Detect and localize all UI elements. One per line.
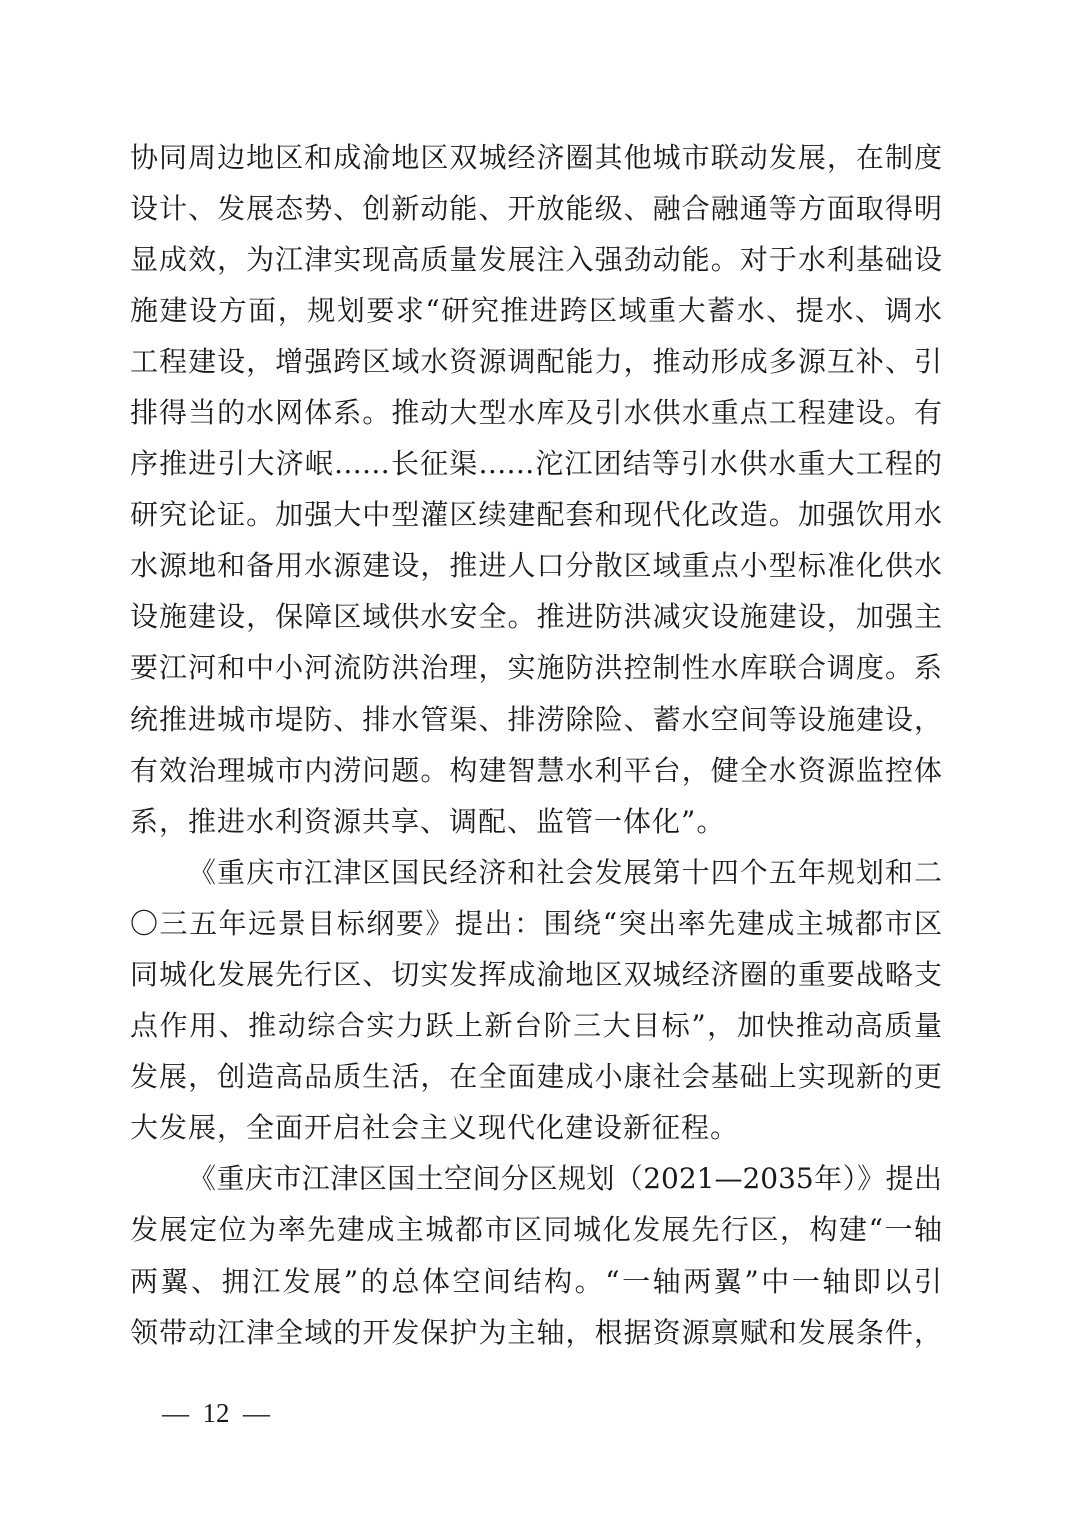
text-line: 设施建设，保障区域供水安全。推进防洪减灾设施建设，加强主 — [130, 591, 942, 642]
text-line: 研究论证。加强大中型灌区续建配套和现代化改造。加强饮用水 — [130, 489, 942, 540]
text-line: 有效治理城市内涝问题。构建智慧水利平台，健全水资源监控体 — [130, 745, 942, 796]
text-line: 两翼、拥江发展”的总体空间结构。“一轴两翼”中一轴即以引 — [130, 1256, 942, 1307]
page-number: — 12 — — [162, 1396, 270, 1430]
document-page: 协同周边地区和成渝地区双城经济圈其他城市联动发展，在制度 设计、发展态势、创新动… — [0, 0, 1074, 1520]
paragraph-14th-five-year-plan: 《重庆市江津区国民经济和社会发展第十四个五年规划和二 〇三五年远景目标纲要》提出… — [130, 847, 942, 1154]
text-line: 发展定位为率先建成主城都市区同城化发展先行区，构建“一轴 — [130, 1204, 942, 1255]
text-line: 领带动江津全域的开发保护为主轴，根据资源禀赋和发展条件， — [130, 1307, 942, 1358]
text-line: 系，推进水利资源共享、调配、监管一体化”。 — [130, 796, 942, 847]
text-line: 发展，创造高品质生活，在全面建成小康社会基础上实现新的更 — [130, 1051, 942, 1102]
text-line: 大发展，全面开启社会主义现代化建设新征程。 — [130, 1102, 942, 1153]
text-line: 施建设方面，规划要求“研究推进跨区域重大蓄水、提水、调水 — [130, 285, 942, 336]
paragraph-spatial-planning: 《重庆市江津区国土空间分区规划（2021—2035年）》提出 发展定位为率先建成… — [130, 1153, 942, 1357]
text-line: 排得当的水网体系。推动大型水库及引水供水重点工程建设。有 — [130, 387, 942, 438]
text-line: 点作用、推动综合实力跃上新台阶三大目标”，加快推动高质量 — [130, 1000, 942, 1051]
text-line: 协同周边地区和成渝地区双城经济圈其他城市联动发展，在制度 — [130, 132, 942, 183]
text-line: 序推进引大济岷……长征渠……沱江团结等引水供水重大工程的 — [130, 438, 942, 489]
body-text: 协同周边地区和成渝地区双城经济圈其他城市联动发展，在制度 设计、发展态势、创新动… — [130, 132, 942, 1358]
text-line-indented: 《重庆市江津区国民经济和社会发展第十四个五年规划和二 — [130, 847, 942, 898]
text-line-indented: 《重庆市江津区国土空间分区规划（2021—2035年）》提出 — [130, 1153, 942, 1204]
text-line: 统推进城市堤防、排水管渠、排涝除险、蓄水空间等设施建设， — [130, 694, 942, 745]
text-line: 设计、发展态势、创新动能、开放能级、融合融通等方面取得明 — [130, 183, 942, 234]
text-line: 水源地和备用水源建设，推进人口分散区域重点小型标准化供水 — [130, 540, 942, 591]
text-line: 显成效，为江津实现高质量发展注入强劲动能。对于水利基础设 — [130, 234, 942, 285]
text-line: 要江河和中小河流防洪治理，实施防洪控制性水库联合调度。系 — [130, 642, 942, 693]
text-line: 工程建设，增强跨区域水资源调配能力，推动形成多源互补、引 — [130, 336, 942, 387]
paragraph-water-infrastructure: 协同周边地区和成渝地区双城经济圈其他城市联动发展，在制度 设计、发展态势、创新动… — [130, 132, 942, 847]
text-line: 同城化发展先行区、切实发挥成渝地区双城经济圈的重要战略支 — [130, 949, 942, 1000]
text-line: 〇三五年远景目标纲要》提出：围绕“突出率先建成主城都市区 — [130, 898, 942, 949]
